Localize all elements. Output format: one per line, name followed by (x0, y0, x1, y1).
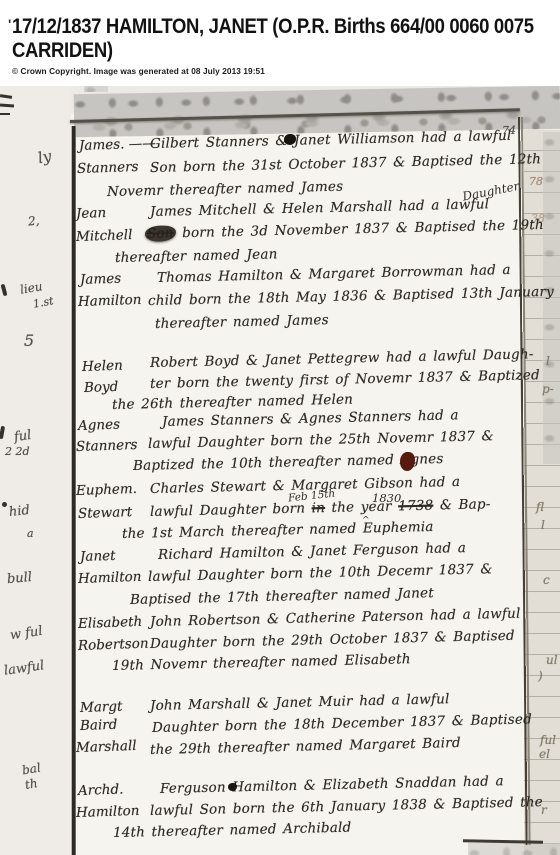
margin-name: Margt (80, 699, 123, 716)
page-edge-fragment: th (24, 776, 39, 792)
margin-name: Hamilton (76, 803, 140, 821)
page-edge-fragment: ) (538, 669, 543, 683)
margin-name: Hamilton (78, 569, 142, 587)
margin-name: Helen (82, 358, 123, 375)
margin-name: Stanners (77, 159, 139, 177)
header-tick-mark: ' (8, 16, 11, 32)
margin-name: Mitchell (76, 227, 133, 245)
margin-name: Marshall (76, 738, 137, 756)
edge-mark (0, 113, 10, 115)
struck-word: Son (145, 225, 176, 242)
page-edge-fragment: fl (536, 500, 544, 514)
page-edge-fragment: l (541, 518, 545, 532)
page-edge-fragment: ful (540, 733, 556, 747)
entry-line-text: the year (331, 499, 391, 516)
page-edge-fragment: bull (6, 570, 32, 587)
page-edge-fragment: a (27, 527, 34, 540)
record-title-line1: 17/12/1837 HAMILTON, JANET (O.P.R. Birth… (12, 14, 534, 39)
margin-name: Agnes (78, 417, 121, 434)
margin-name: Boyd (84, 379, 119, 396)
margin-name: Janet (80, 548, 116, 565)
margin-name: Baird (80, 717, 118, 734)
register-scan-image: 74 78 38 James. —— Stanners Gilbert Stan… (0, 86, 560, 855)
page-edge-fragment: p- (542, 382, 554, 396)
margin-name: Stanners (76, 437, 138, 455)
margin-name: Archd. (78, 781, 124, 799)
page-edge-fragment: el (539, 747, 550, 761)
scan-left-margin-strip (0, 86, 71, 855)
page-edge-fragment: 2, (27, 214, 40, 229)
entry-line-text: & Bap- (440, 496, 491, 513)
margin-name: Robertson (78, 636, 149, 654)
edge-mark (2, 502, 7, 507)
page-edge-fragment: 5 (24, 331, 34, 350)
struck-word: in (311, 500, 325, 516)
page-edge-fragment: ful (13, 428, 32, 445)
page-edge-fragment: c (543, 573, 550, 587)
page-edge-fragment: 2 2d (5, 445, 30, 458)
page-edge-fragment: hid (8, 503, 30, 520)
margin-name: Jean (76, 205, 107, 222)
page-edge-fragment: ul (546, 653, 558, 667)
scan-noise-bottom-right (468, 843, 560, 855)
record-title-line2: CARRIDEN) (12, 38, 113, 63)
page-edge-fragment: l (546, 354, 550, 368)
copyright-notice: © Crown Copyright. Image was generated a… (12, 66, 265, 76)
adjacent-page-number: 78 (529, 175, 543, 188)
margin-name: Hamilton (78, 292, 142, 310)
page-edge-fragment: r (541, 803, 547, 817)
margin-name: James. —— (79, 135, 156, 154)
margin-name: Stewart (78, 504, 133, 522)
scan-noise-tab (84, 86, 108, 92)
struck-year: 1738 (398, 498, 434, 515)
margin-name: Elisabeth (78, 614, 143, 632)
margin-name: James (80, 271, 122, 288)
margin-name: Euphem. (76, 481, 137, 499)
